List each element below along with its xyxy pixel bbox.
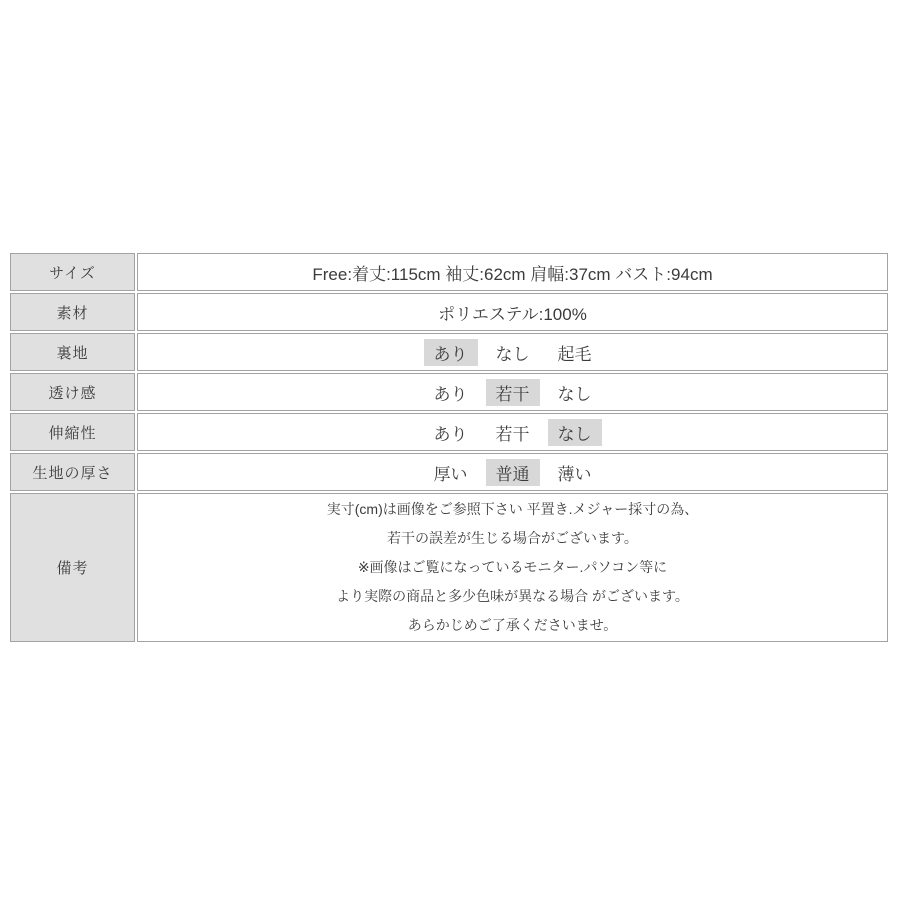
fabric-thickness-option-0: 厚い: [424, 459, 478, 486]
lining-option-1: なし: [486, 339, 540, 366]
sheerness-option-0: あり: [424, 379, 478, 406]
fabric-thickness-options-group: 厚い普通薄い: [139, 459, 886, 486]
spec-row-notes: 備考実寸(cm)は画像をご参照下さい 平置き.メジャー採寸の為、若干の誤差が生じ…: [10, 493, 888, 642]
stretch-option-1: 若干: [486, 419, 540, 446]
fabric-thickness-option-selected: 普通: [486, 459, 540, 486]
lining-option-2: 起毛: [548, 339, 602, 366]
fabric-thickness-option-2: 薄い: [548, 459, 602, 486]
spec-row-size: サイズFree:着丈:115cm 袖丈:62cm 肩幅:37cm バスト:94c…: [10, 253, 888, 291]
row-label-sheerness: 透け感: [10, 373, 135, 411]
row-value-sheerness: あり若干なし: [137, 373, 888, 411]
lining-options-group: ありなし起毛: [139, 339, 886, 366]
row-label-notes: 備考: [10, 493, 135, 642]
row-label-size: サイズ: [10, 253, 135, 291]
row-label-fabric-thickness: 生地の厚さ: [10, 453, 135, 491]
sheerness-option-selected: 若干: [486, 379, 540, 406]
row-label-lining: 裏地: [10, 333, 135, 371]
note-line: 実寸(cm)は画像をご参照下さい 平置き.メジャー採寸の為、: [139, 495, 886, 524]
stretch-options-group: あり若干なし: [139, 419, 886, 446]
row-label-stretch: 伸縮性: [10, 413, 135, 451]
page-canvas: サイズFree:着丈:115cm 袖丈:62cm 肩幅:37cm バスト:94c…: [0, 0, 900, 900]
row-value-material: ポリエステル:100%: [137, 293, 888, 331]
spec-row-stretch: 伸縮性あり若干なし: [10, 413, 888, 451]
sheerness-options-group: あり若干なし: [139, 379, 886, 406]
row-value-lining: ありなし起毛: [137, 333, 888, 371]
spec-table: サイズFree:着丈:115cm 袖丈:62cm 肩幅:37cm バスト:94c…: [8, 251, 890, 644]
stretch-option-selected: なし: [548, 419, 602, 446]
spec-row-lining: 裏地ありなし起毛: [10, 333, 888, 371]
spec-row-fabric-thickness: 生地の厚さ厚い普通薄い: [10, 453, 888, 491]
stretch-option-0: あり: [424, 419, 478, 446]
spec-row-material: 素材ポリエステル:100%: [10, 293, 888, 331]
row-label-material: 素材: [10, 293, 135, 331]
sheerness-option-2: なし: [548, 379, 602, 406]
spec-table-body: サイズFree:着丈:115cm 袖丈:62cm 肩幅:37cm バスト:94c…: [10, 253, 888, 642]
product-spec-section: サイズFree:着丈:115cm 袖丈:62cm 肩幅:37cm バスト:94c…: [8, 251, 890, 644]
spec-row-sheerness: 透け感あり若干なし: [10, 373, 888, 411]
note-line: ※画像はご覧になっているモニター.パソコン等に: [139, 553, 886, 582]
note-line: より実際の商品と多少色味が異なる場合 がございます。: [139, 582, 886, 611]
row-value-stretch: あり若干なし: [137, 413, 888, 451]
lining-option-selected: あり: [424, 339, 478, 366]
row-value-size: Free:着丈:115cm 袖丈:62cm 肩幅:37cm バスト:94cm: [137, 253, 888, 291]
note-line: あらかじめご了承くださいませ。: [139, 611, 886, 640]
row-value-notes: 実寸(cm)は画像をご参照下さい 平置き.メジャー採寸の為、若干の誤差が生じる場…: [137, 493, 888, 642]
row-value-fabric-thickness: 厚い普通薄い: [137, 453, 888, 491]
note-line: 若干の誤差が生じる場合がございます。: [139, 524, 886, 553]
